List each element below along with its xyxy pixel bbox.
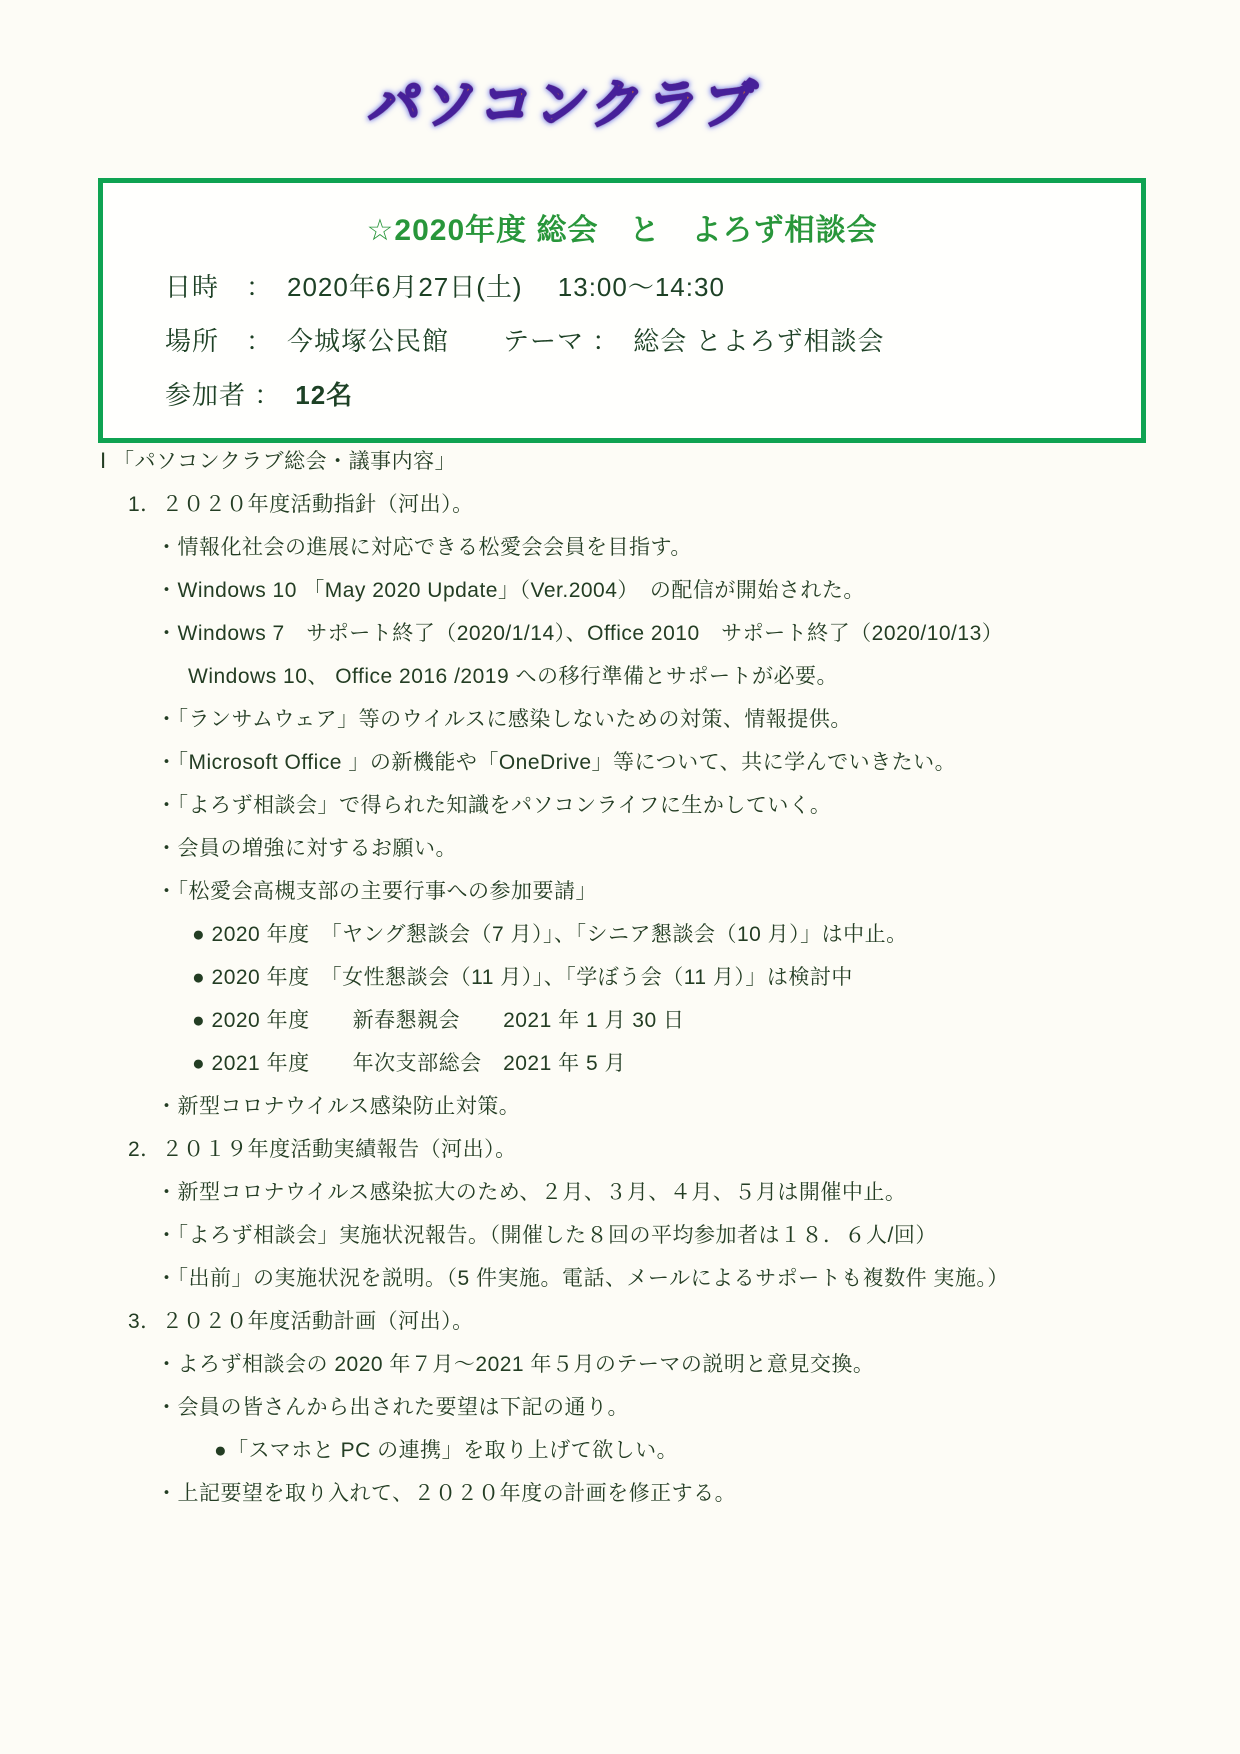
chapter-heading: Ⅰ 「パソコンクラブ総会・議事内容」 (100, 450, 1160, 474)
meeting-attendees-row: 参加者 ： 12名 (165, 375, 1141, 412)
section-1-heading: 1．２０２０年度活動指針（河出）。 (100, 493, 1160, 517)
bullet-item: ・情報化社会の進展に対応できる松愛会会員を目指す。 (100, 536, 1160, 560)
bullet-item: ・「松愛会高槻支部の主要行事への参加要請」 (100, 880, 1160, 904)
bullet-item: ・Windows 7 サポート終了（2020/1/14）、Office 2010… (100, 622, 1160, 646)
bullet-item: ・新型コロナウイルス感染拡大のため、２月、３月、４月、５月は開催中止。 (100, 1181, 1160, 1205)
meeting-place-row: 場所 ： 今城塚公民館 テーマ ： 総会 とよろず相談会 (165, 321, 1141, 358)
disc-item: ● 2020 年度 「ヤング懇談会（7 月）」、「シニア懇談会（10 月）」は中… (100, 923, 1160, 947)
datetime-value: 2020年6月27日(土) 13:00～14:30 (287, 272, 725, 302)
disc-item: ● 2021 年度 年次支部総会 2021 年 5 月 (100, 1052, 1160, 1076)
meeting-title: ☆2020年度 総会 と よろず相談会 (103, 205, 1141, 249)
meeting-info-box: ☆2020年度 総会 と よろず相談会 日時 ： 2020年6月27日(土) 1… (98, 178, 1146, 443)
bullet-item: ・会員の皆さんから出された要望は下記の通り。 (100, 1396, 1160, 1420)
disc-item: ● 2020 年度 「女性懇談会（11 月）」、「学ぼう会（11 月）」は検討中 (100, 966, 1160, 990)
disc-item: ●「スマホと PC の連携」を取り上げて欲しい。 (100, 1439, 1160, 1463)
attendees-label: 参加者 ： (165, 380, 295, 410)
place-value: 今城塚公民館 テーマ ： 総会 とよろず相談会 (287, 326, 884, 356)
bullet-item: ・新型コロナウイルス感染防止対策。 (100, 1095, 1160, 1119)
bullet-item: ・「よろず相談会」実施状況報告。（開催した８回の平均参加者は１８．６人/回） (100, 1224, 1160, 1248)
bullet-item: ・上記要望を取り入れて、２０２０年度の計画を修正する。 (100, 1482, 1160, 1506)
page-title: パソコンクラブ (366, 62, 764, 137)
continuation-line: Windows 10、 Office 2016 /2019 への移行準備とサポー… (100, 665, 1160, 689)
bullet-item: ・会員の増強に対するお願い。 (100, 837, 1160, 861)
datetime-label: 日時 ： (165, 272, 287, 302)
bullet-item: ・よろず相談会の 2020 年７月～2021 年５月のテーマの説明と意見交換。 (100, 1353, 1160, 1377)
bullet-item: ・「出前」の実施状況を説明。（5 件実施。電話、メールによるサポートも複数件 実… (100, 1267, 1160, 1291)
meeting-datetime-row: 日時 ： 2020年6月27日(土) 13:00～14:30 (165, 267, 1141, 304)
bullet-item: ・「ランサムウェア」等のウイルスに感染しないための対策、情報提供。 (100, 708, 1160, 732)
section-3-heading: 3．２０２０年度活動計画（河出）。 (100, 1310, 1160, 1334)
bullet-item: ・Windows 10 「May 2020 Update」（Ver.2004） … (100, 579, 1160, 603)
document-body: Ⅰ 「パソコンクラブ総会・議事内容」 1．２０２０年度活動指針（河出）。 ・情報… (100, 450, 1160, 1525)
disc-item: ● 2020 年度 新春懇親会 2021 年 1 月 30 日 (100, 1009, 1160, 1033)
place-label: 場所 ： (165, 326, 287, 356)
bullet-item: ・「よろず相談会」で得られた知識をパソコンライフに生かしていく。 (100, 794, 1160, 818)
attendees-count: 12名 (295, 380, 353, 410)
bullet-item: ・「Microsoft Office 」の新機能や「OneDrive」等について… (100, 751, 1160, 775)
section-2-heading: 2．２０１９年度活動実績報告（河出）。 (100, 1138, 1160, 1162)
document-header: パソコンクラブ (0, 62, 1240, 137)
